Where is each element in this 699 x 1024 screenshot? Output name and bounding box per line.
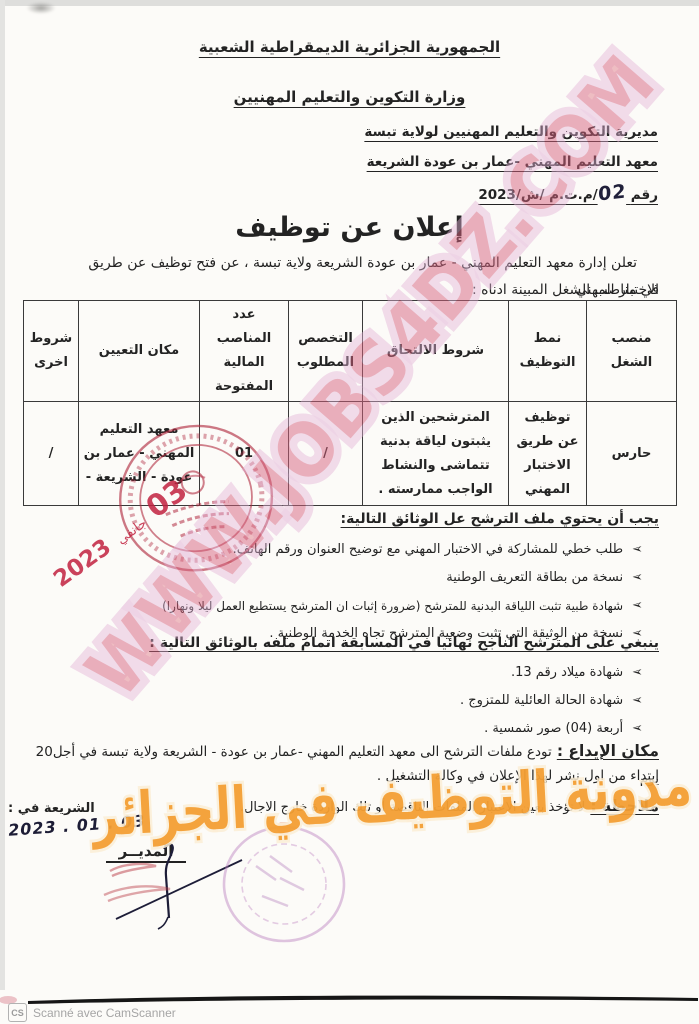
- directorate-line: مديرية التكوين والتعليم المهنيين لولاية …: [364, 124, 658, 140]
- deposit-place-line-2: ابتداء من اول نشر لهذا الإعلان في وكالة …: [377, 768, 659, 784]
- col-header-required-specialty: التخصص المطلوب: [289, 301, 363, 402]
- deposit-place-label: مكان الإيداع :: [557, 742, 659, 760]
- ministry-title: وزارة التكوين والتعليم المهنيين: [0, 88, 699, 106]
- arrow-bullet-icon: ➢: [632, 719, 643, 739]
- cell-job-position: حارس: [587, 402, 677, 506]
- col-header-assignment-place: مكان التعيين: [79, 301, 200, 402]
- camscanner-footer: CS Scanné avec CamScanner: [8, 1003, 176, 1022]
- final-file-heading: ينبغي على المترشح الناجح نهائيا في المسا…: [149, 635, 659, 651]
- page-title: إعلان عن توظيف: [0, 212, 699, 243]
- cell-recruitment-mode: توظيف عن طريق الاختبار المهني: [509, 402, 587, 506]
- list-item: ➢نسخة من بطاقة التعريف الوطنية: [20, 568, 643, 596]
- cell-joining-conditions: المترشحين الذين يثبتون لياقة بدنية تتماش…: [363, 402, 509, 506]
- handwritten-reference-number: 02: [598, 182, 626, 204]
- list-item-text: شهادة ميلاد رقم 13.: [511, 663, 623, 683]
- reference-suffix: /م.ت.م /ش/2023: [478, 187, 597, 203]
- table-header-row: منصب الشغل نمط التوظيف شروط الالتحاق الت…: [24, 301, 677, 402]
- camscanner-caption: Scanné avec CamScanner: [33, 1006, 176, 1020]
- final-file-list: ➢شهادة ميلاد رقم 13. ➢شهادة الحالة العائ…: [20, 663, 643, 747]
- list-item: ➢شهادة الحالة العائلية للمتزوج .: [20, 691, 643, 719]
- note-label: ملاحظة :: [590, 797, 659, 815]
- list-item-text: شهادة الحالة العائلية للمتزوج .: [460, 691, 623, 711]
- republic-title: الجمهورية الجزائرية الديمقراطية الشعبية: [0, 38, 699, 56]
- reference-prefix: رقم: [631, 187, 658, 203]
- list-item-text: شهادة طبية تثبت اللياقة البدنية للمترشح …: [162, 596, 623, 616]
- scanned-job-announcement-page: الجمهورية الجزائرية الديمقراطية الشعبية …: [0, 0, 699, 1024]
- institute-line: معهد التعليم المهني -عمار بن عودة الشريع…: [367, 154, 658, 170]
- note-text: لا تؤخذ بعين الاعتبار الملفات الناقصة أو…: [240, 800, 585, 815]
- col-header-recruitment-mode: نمط التوظيف: [509, 301, 587, 402]
- arrow-bullet-icon: ➢: [632, 596, 643, 616]
- list-item: ➢شهادة ميلاد رقم 13.: [20, 663, 643, 691]
- place-and-date-line: الشريعة في : 03 . 01 . 2023: [8, 801, 233, 835]
- list-item-text: نسخة من بطاقة التعريف الوطنية: [446, 568, 623, 588]
- reference-number-line: رقم 02/م.ت.م /ش/2023: [478, 184, 658, 203]
- place-date-label: الشريعة في :: [8, 801, 95, 816]
- scan-smudge: [26, 2, 56, 14]
- red-round-stamp: [97, 404, 298, 601]
- cell-required-specialty: /: [289, 402, 363, 506]
- scan-edge-top: [0, 0, 699, 6]
- documents-required-heading: يجب أن يحتوي ملف الترشح عل الوثائق التال…: [341, 511, 659, 527]
- col-header-open-positions: عدد المناصب المالية المفتوحة: [200, 301, 289, 402]
- arrow-bullet-icon: ➢: [632, 540, 643, 560]
- camscanner-logo-icon: CS: [8, 1003, 27, 1022]
- scan-edge-left: [0, 0, 5, 990]
- arrow-bullet-icon: ➢: [632, 568, 643, 588]
- arrow-bullet-icon: ➢: [632, 663, 643, 683]
- col-header-other-conditions: شروط اخرى: [24, 301, 79, 402]
- purple-round-stamp: [218, 822, 353, 952]
- arrow-bullet-icon: ➢: [632, 691, 643, 711]
- list-item: ➢شهادة طبية تثبت اللياقة البدنية للمترشح…: [20, 596, 643, 624]
- col-header-joining-conditions: شروط الالتحاق: [363, 301, 509, 402]
- col-header-job-position: منصب الشغل: [587, 301, 677, 402]
- cell-other-conditions: /: [24, 402, 79, 506]
- list-item-text: أربعة (04) صور شمسية .: [484, 719, 623, 739]
